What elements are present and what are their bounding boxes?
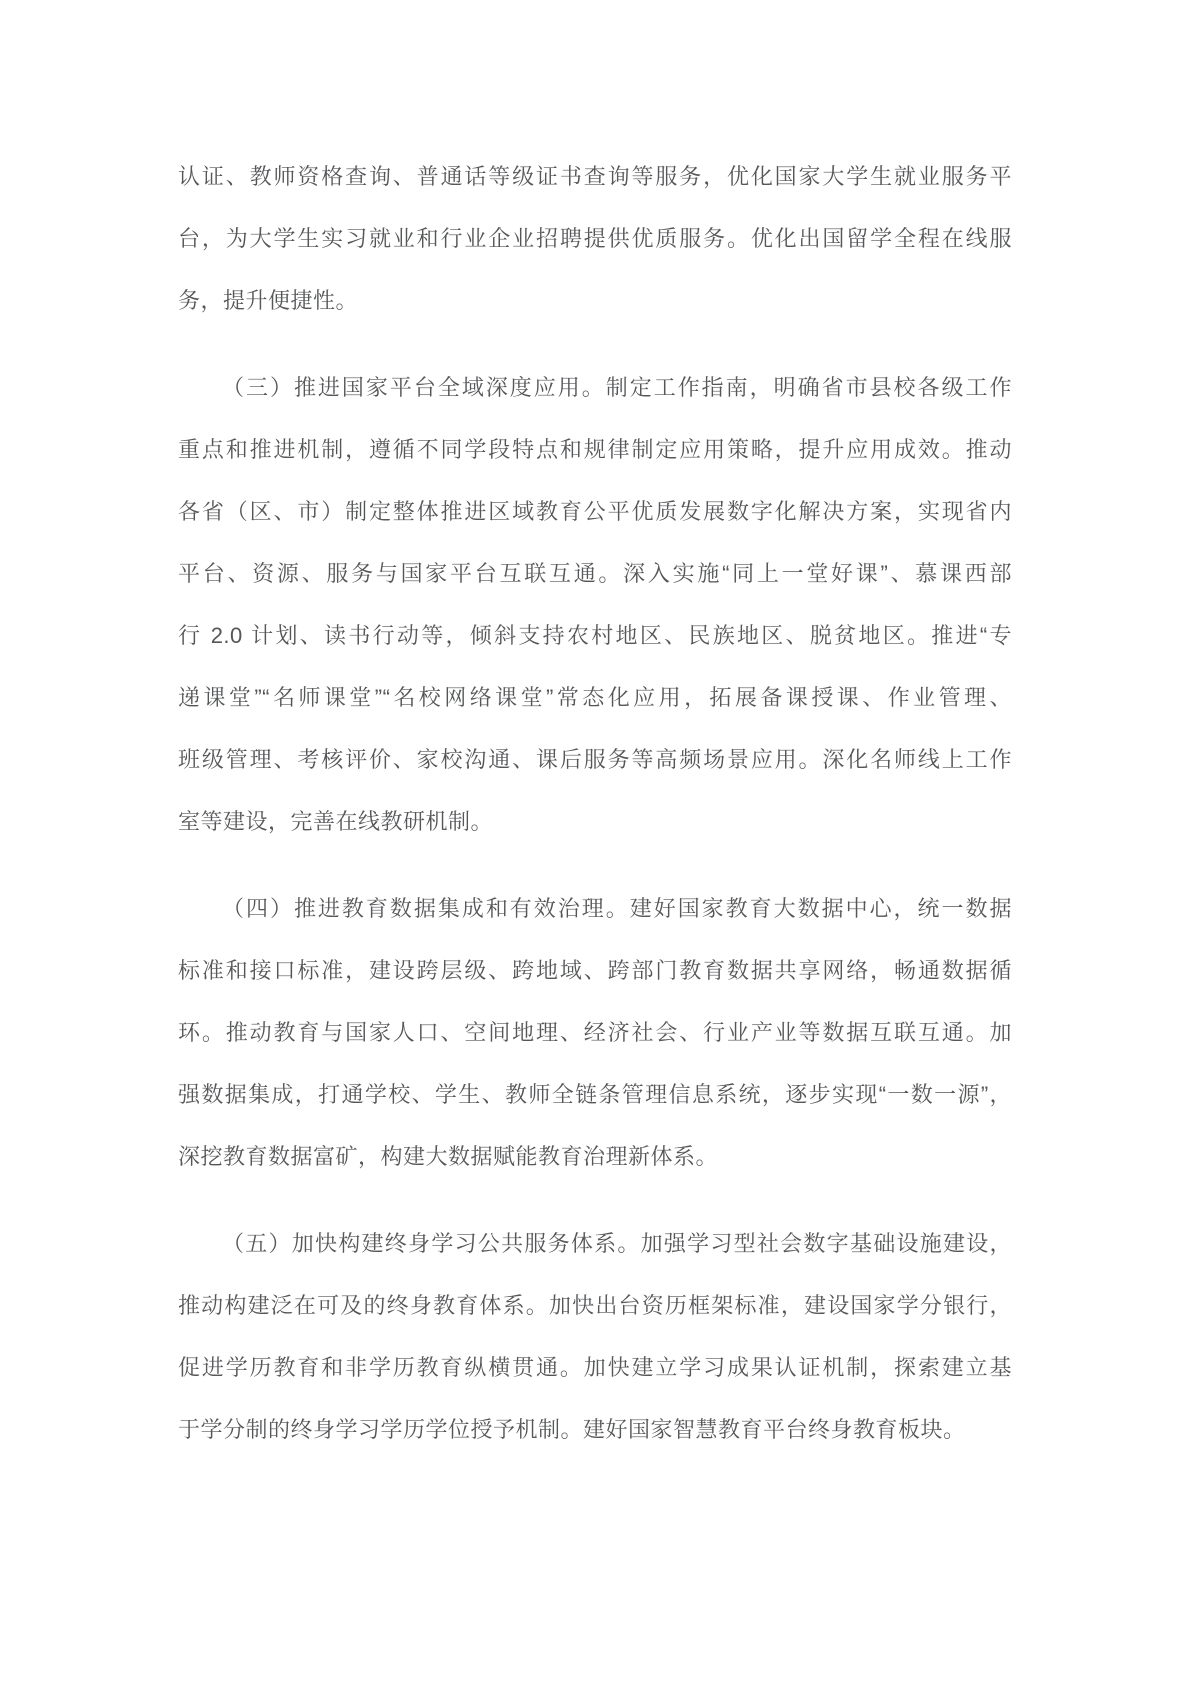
text-line: （四）推进教育数据集成和有效治理。建好国家教育大数据中心，统一数据 bbox=[178, 878, 1012, 940]
text-line: 促进学历教育和非学历教育纵横贯通。加快建立学习成果认证机制，探索建立基 bbox=[178, 1337, 1012, 1399]
text-line: 室等建设，完善在线教研机制。 bbox=[178, 791, 1012, 853]
paragraph-1: 认证、教师资格查询、普通话等级证书查询等服务，优化国家大学生就业服务平 台，为大… bbox=[178, 146, 1012, 332]
text-line: 于学分制的终身学习学历学位授予机制。建好国家智慧教育平台终身教育板块。 bbox=[178, 1399, 1012, 1461]
text-line: 推动构建泛在可及的终身教育体系。加快出台资历框架标准，建设国家学分银行， bbox=[178, 1275, 1012, 1337]
text-line: 平台、资源、服务与国家平台互联互通。深入实施“同上一堂好课”、慕课西部 bbox=[178, 543, 1012, 605]
text-line: 强数据集成，打通学校、学生、教师全链条管理信息系统，逐步实现“一数一源”， bbox=[178, 1064, 1012, 1126]
text-line: 班级管理、考核评价、家校沟通、课后服务等高频场景应用。深化名师线上工作 bbox=[178, 729, 1012, 791]
text-line: 深挖教育数据富矿，构建大数据赋能教育治理新体系。 bbox=[178, 1126, 1012, 1188]
text-line: 重点和推进机制，遵循不同学段特点和规律制定应用策略，提升应用成效。推动 bbox=[178, 419, 1012, 481]
text-line: （五）加快构建终身学习公共服务体系。加强学习型社会数字基础设施建设， bbox=[178, 1213, 1012, 1275]
document-page: 认证、教师资格查询、普通话等级证书查询等服务，优化国家大学生就业服务平 台，为大… bbox=[0, 0, 1191, 1684]
text-line: 环。推动教育与国家人口、空间地理、经济社会、行业产业等数据互联互通。加 bbox=[178, 1002, 1012, 1064]
text-line: 行 2.0 计划、读书行动等，倾斜支持农村地区、民族地区、脱贫地区。推进“专 bbox=[178, 605, 1012, 667]
text-line: 标准和接口标准，建设跨层级、跨地域、跨部门教育数据共享网络，畅通数据循 bbox=[178, 940, 1012, 1002]
text-line: 台，为大学生实习就业和行业企业招聘提供优质服务。优化出国留学全程在线服 bbox=[178, 208, 1012, 270]
text-line: 递课堂”“名师课堂”“名校网络课堂”常态化应用，拓展备课授课、作业管理、 bbox=[178, 667, 1012, 729]
paragraph-4: （五）加快构建终身学习公共服务体系。加强学习型社会数字基础设施建设， 推动构建泛… bbox=[178, 1213, 1012, 1461]
document-body: 认证、教师资格查询、普通话等级证书查询等服务，优化国家大学生就业服务平 台，为大… bbox=[0, 0, 1191, 1461]
text-line: 各省（区、市）制定整体推进区域教育公平优质发展数字化解决方案，实现省内 bbox=[178, 481, 1012, 543]
paragraph-2: （三）推进国家平台全域深度应用。制定工作指南，明确省市县校各级工作 重点和推进机… bbox=[178, 357, 1012, 853]
text-line: 认证、教师资格查询、普通话等级证书查询等服务，优化国家大学生就业服务平 bbox=[178, 146, 1012, 208]
text-line: （三）推进国家平台全域深度应用。制定工作指南，明确省市县校各级工作 bbox=[178, 357, 1012, 419]
paragraph-3: （四）推进教育数据集成和有效治理。建好国家教育大数据中心，统一数据 标准和接口标… bbox=[178, 878, 1012, 1188]
text-line: 务，提升便捷性。 bbox=[178, 270, 1012, 332]
